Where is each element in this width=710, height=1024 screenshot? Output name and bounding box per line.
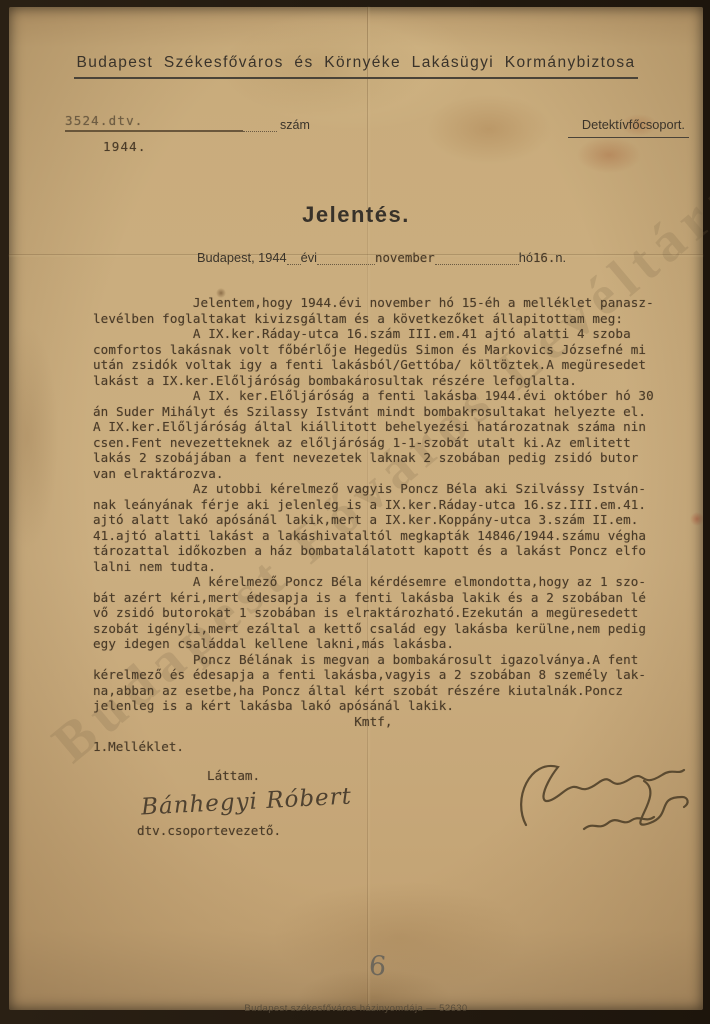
paragraph-2: A IX. ker.Előljáróság a fenti lakásba 19… xyxy=(93,388,668,481)
paragraph-3: Az utobbi kérelmező vagyis Poncz Béla ak… xyxy=(93,481,668,574)
dateline-day-typed: 16. xyxy=(533,250,555,265)
dateline-city-year: Budapest, 1944 xyxy=(197,250,287,265)
dotted-leader xyxy=(287,252,301,265)
letterhead-title: Budapest Székesfőváros és Környéke Lakás… xyxy=(74,54,637,79)
dateline-evi-label: évi xyxy=(301,250,317,265)
attachment-note: 1.Melléklet. xyxy=(93,739,184,754)
paragraph-1: Jelentem,hogy 1944.évi november hó 15-éh… xyxy=(93,295,668,388)
signature-right-handwritten xyxy=(504,737,704,842)
page-number-pencil: 6 xyxy=(367,950,387,983)
dotted-leader xyxy=(243,119,277,132)
dotted-leader xyxy=(435,252,519,265)
document-page: Budapest Főváros Levéltára Budapest Szék… xyxy=(9,7,703,1010)
paragraph-5: Poncz Bélának is megvan a bombakárosult … xyxy=(93,652,668,730)
dateline-n-label: n. xyxy=(555,250,566,265)
document-title: Jelentés. xyxy=(9,202,703,228)
paragraph-4: A kérelmező Poncz Béla kérdésemre elmond… xyxy=(93,574,668,652)
reference-year: 1944. xyxy=(103,139,310,154)
signer-role: dtv.csoportevezető. xyxy=(137,823,281,838)
photo-background: Budapest Főváros Levéltára Budapest Szék… xyxy=(0,0,710,1024)
letterhead: Budapest Székesfőváros és Környéke Lakás… xyxy=(9,54,703,79)
lattam-label: Láttam. xyxy=(207,768,260,783)
reference-number: 3524.dtv. xyxy=(65,113,243,132)
reference-number-block: 3524.dtv. szám 1944. xyxy=(65,113,310,154)
reference-number-row: 3524.dtv. szám xyxy=(65,113,310,132)
printer-imprint: Budapest székesfőváros házinyomdája — 52… xyxy=(9,1003,703,1014)
signature-banhegyi-robert: Bánhegyi Róbert xyxy=(140,783,352,820)
dotted-leader xyxy=(317,252,375,265)
dateline-ho-label: hó xyxy=(519,250,533,265)
date-line: Budapest, 1944 évi november hó 16. n. xyxy=(197,250,566,265)
szam-label: szám xyxy=(277,118,310,132)
dateline-month-typed: november xyxy=(375,250,435,265)
report-body: Jelentem,hogy 1944.évi november hó 15-éh… xyxy=(93,295,668,729)
detective-group-label: Detektívfőcsoport. xyxy=(568,117,689,138)
